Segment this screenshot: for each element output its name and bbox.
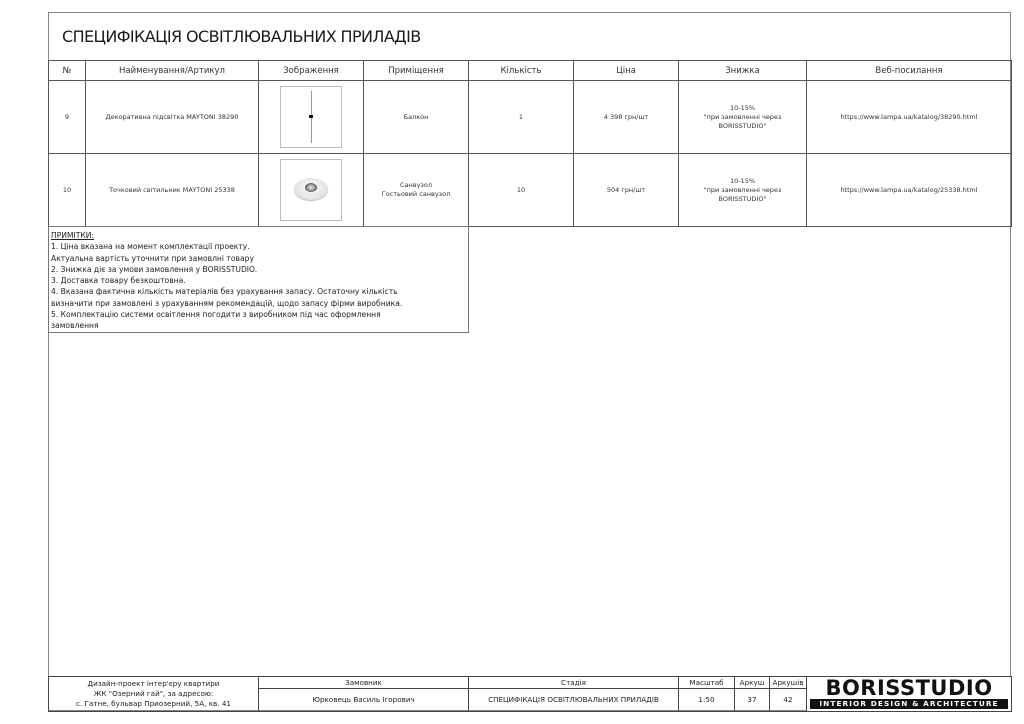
note-line: 5. Комплектацію системи освітлення погод… (51, 309, 466, 320)
scale-value: 1:50 (679, 689, 735, 712)
borisstudio-logo: BORISSTUDIO INTERIOR DESIGN & ARCHITECTU… (807, 677, 1012, 712)
title-row: СПЕЦИФІКАЦІЯ ОСВІТЛЮВАЛЬНИХ ПРИЛАДІВ (48, 12, 1011, 61)
stage-value: СПЕЦИФІКАЦІЯ ОСВІТЛЮВАЛЬНИХ ПРИЛАДІВ (469, 689, 679, 712)
note-line: 1. Ціна вказана на момент комплектації п… (51, 241, 466, 252)
row-price: 4 398 грн/шт (574, 81, 679, 154)
led-strip-image-icon (280, 86, 342, 148)
row-number: 9 (49, 81, 86, 154)
row-number: 10 (49, 154, 86, 227)
notes-header: ПРИМІТКИ: (51, 230, 466, 241)
sheets-label: Аркушів (770, 677, 807, 689)
row-image (259, 154, 364, 227)
row-room: Санвузол Гостьовий санвузол (364, 154, 469, 227)
sheet-value: 37 (735, 689, 770, 712)
sheets-value: 42 (770, 689, 807, 712)
project-description: Дизайн-проект інтер'єру квартири ЖК "Озе… (49, 677, 259, 712)
col-header-image: Зображення (259, 61, 364, 81)
col-header-web-link: Веб-посилання (807, 61, 1012, 81)
sheet-label: Аркуш (735, 677, 770, 689)
specification-table: № Найменування/Артикул Зображення Приміщ… (48, 60, 1012, 227)
row-web-link[interactable]: https://www.lampa.ua/katalog/25338.html (807, 154, 1012, 227)
client-value: Юрковець Василь Ігорович (259, 689, 469, 712)
scale-label: Масштаб (679, 677, 735, 689)
note-line: визначити при замовлені з урахуванням ре… (51, 298, 466, 309)
row-quantity: 10 (469, 154, 574, 227)
client-label: Замовник (259, 677, 469, 689)
row-name: Декоративна підсвітка MAYTONI 38290 (86, 81, 259, 154)
table-header-row: № Найменування/Артикул Зображення Приміщ… (49, 61, 1012, 81)
table-row: 10 Точковий світильник MAYTONI 25338 Сан… (49, 154, 1012, 227)
col-header-number: № (49, 61, 86, 81)
title-block: Дизайн-проект інтер'єру квартири ЖК "Озе… (48, 676, 1012, 712)
spotlight-image-icon (280, 159, 342, 221)
note-line: замовлення (51, 320, 466, 331)
note-line: 2. Знижка діє за умови замовлення у BORI… (51, 264, 466, 275)
row-name: Точковий світильник MAYTONI 25338 (86, 154, 259, 227)
col-header-price: Ціна (574, 61, 679, 81)
col-header-name: Найменування/Артикул (86, 61, 259, 81)
row-image (259, 81, 364, 154)
row-price: 504 грн/шт (574, 154, 679, 227)
notes-box: ПРИМІТКИ: 1. Ціна вказана на момент комп… (48, 226, 469, 333)
row-room: Балкон (364, 81, 469, 154)
note-line: 4. Вказана фактична кількість матеріалів… (51, 286, 466, 297)
row-quantity: 1 (469, 81, 574, 154)
page-title: СПЕЦИФІКАЦІЯ ОСВІТЛЮВАЛЬНИХ ПРИЛАДІВ (62, 27, 421, 46)
row-web-link[interactable]: https://www.lampa.ua/katalog/38290.html (807, 81, 1012, 154)
stage-label: Стадія (469, 677, 679, 689)
row-discount: 10-15% "при замовленні через BORISSTUDIO… (679, 154, 807, 227)
col-header-quantity: Кількість (469, 61, 574, 81)
col-header-discount: Знижка (679, 61, 807, 81)
row-discount: 10-15% "при замовленні через BORISSTUDIO… (679, 81, 807, 154)
table-row: 9 Декоративна підсвітка MAYTONI 38290 Ба… (49, 81, 1012, 154)
note-line: 3. Доставка товару безкоштовна. (51, 275, 466, 286)
col-header-room: Приміщення (364, 61, 469, 81)
note-line: Актуальна вартість уточнити при замовлні… (51, 253, 466, 264)
